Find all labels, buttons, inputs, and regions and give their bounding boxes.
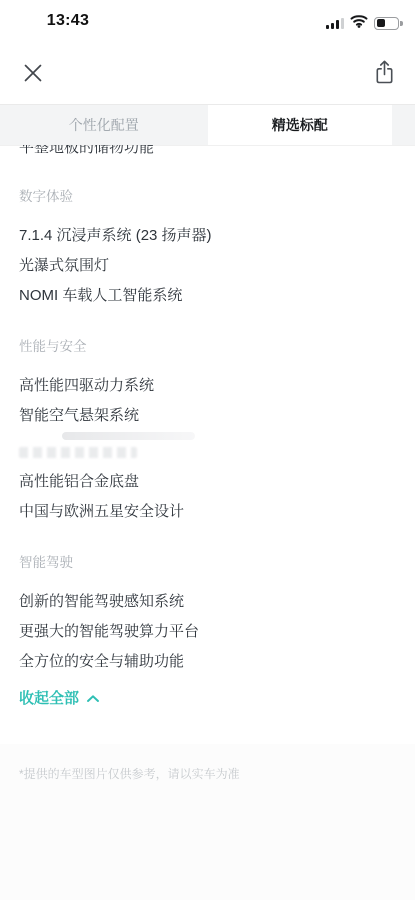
- tab-personalized-config[interactable]: 个性化配置: [0, 105, 208, 145]
- tab-label: 精选标配: [272, 115, 328, 135]
- share-button[interactable]: [367, 58, 401, 92]
- section-title: 性能与安全: [19, 338, 396, 355]
- chevron-up-icon: [86, 690, 100, 708]
- collapse-all-button[interactable]: 收起全部: [19, 690, 396, 708]
- app-screen: 13:43: [0, 0, 415, 900]
- section-title: 数字体验: [19, 188, 396, 205]
- footer: *提供的车型图片仅供参考，请以实车为准: [0, 744, 415, 900]
- ghost-loading-item: [19, 429, 396, 461]
- ghost-skeleton-bar: [62, 432, 195, 440]
- config-item: 高性能四驱动力系统: [19, 377, 396, 395]
- cellular-signal-icon: [326, 18, 344, 29]
- config-sections: 数字体验7.1.4 沉浸声系统 (23 扬声器)光瀑式氛围灯NOMI 车载人工智…: [19, 188, 396, 671]
- tab-label: 个性化配置: [69, 115, 139, 135]
- config-scroll-area[interactable]: 平整地板的储物功能 数字体验7.1.4 沉浸声系统 (23 扬声器)光瀑式氛围灯…: [19, 145, 396, 708]
- tab-standard-config[interactable]: 精选标配: [208, 105, 393, 145]
- status-time: 13:43: [36, 12, 100, 30]
- close-icon: [21, 61, 45, 90]
- config-item: NOMI 车载人工智能系统: [19, 287, 396, 305]
- status-bar: 13:43: [0, 0, 415, 44]
- config-item: 高性能铝合金底盘: [19, 473, 396, 491]
- config-item: 更强大的智能驾驶算力平台: [19, 623, 396, 641]
- ghost-text-smudge: [19, 447, 137, 458]
- collapse-all-label: 收起全部: [19, 690, 79, 708]
- config-item: 全方位的安全与辅助功能: [19, 653, 396, 671]
- share-icon: [373, 59, 396, 91]
- config-item: 7.1.4 沉浸声系统 (23 扬声器): [19, 227, 396, 245]
- config-item: 智能空气悬架系统: [19, 407, 396, 425]
- config-item: 中国与欧洲五星安全设计: [19, 503, 396, 521]
- tab-bar: 个性化配置 精选标配: [0, 105, 415, 146]
- wifi-icon: [350, 14, 368, 33]
- status-icons: [326, 16, 399, 30]
- battery-icon: [374, 17, 399, 30]
- section-title: 智能驾驶: [19, 554, 396, 571]
- config-item: 光瀑式氛围灯: [19, 257, 396, 275]
- footer-disclaimer: *提供的车型图片仅供参考，请以实车为准: [0, 744, 415, 782]
- config-item: 创新的智能驾驶感知系统: [19, 593, 396, 611]
- sheet-header: [0, 44, 415, 105]
- clipped-config-item: 平整地板的储物功能: [19, 145, 396, 164]
- close-button[interactable]: [16, 58, 50, 92]
